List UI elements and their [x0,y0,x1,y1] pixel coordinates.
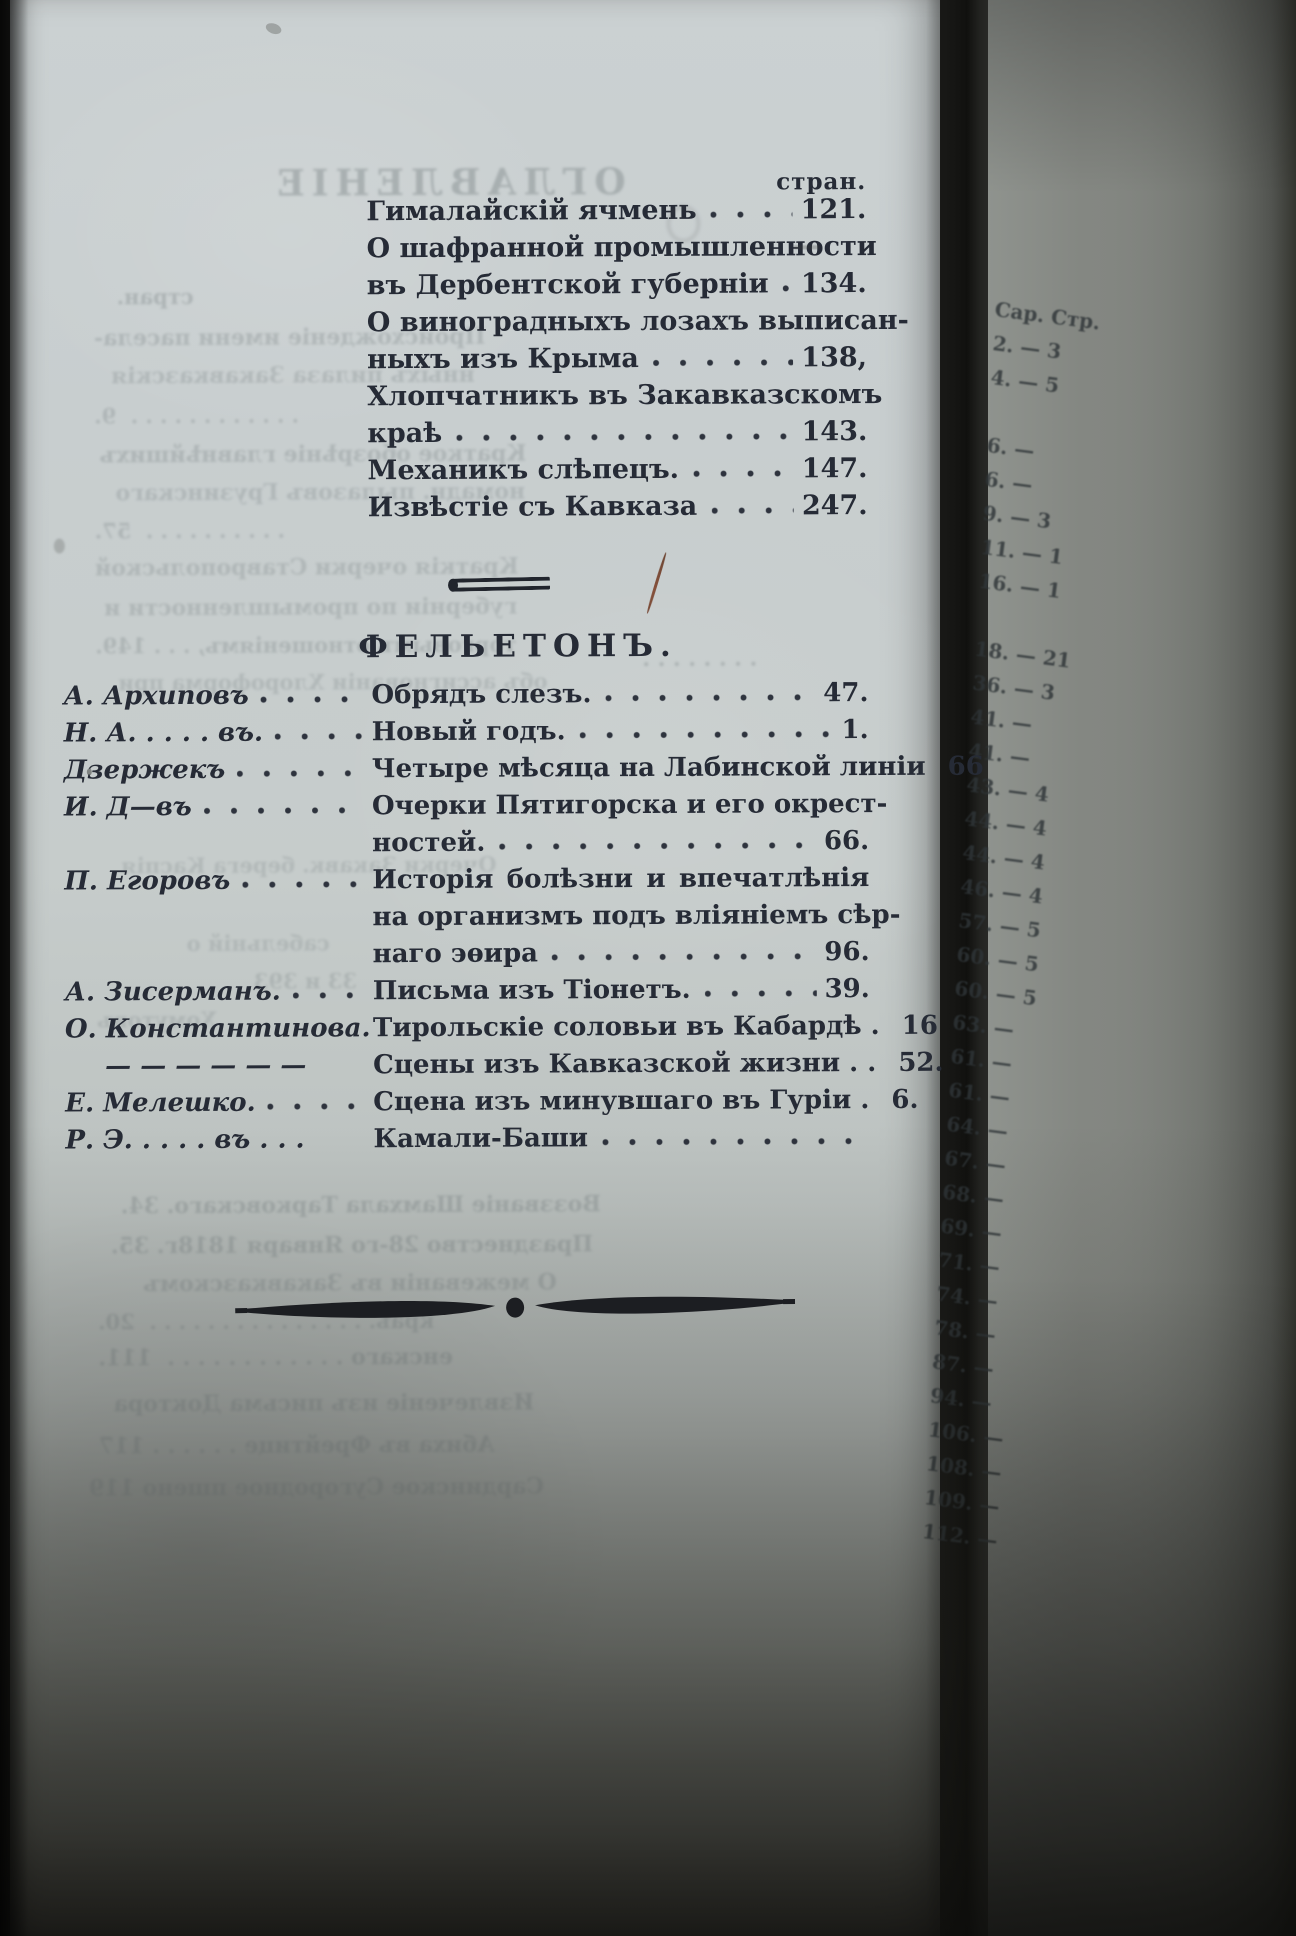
dot-leader [242,880,366,890]
toc-line: Четыре мѣсяца на Лабинской линіи66 [372,754,869,782]
page-number: 134. [801,270,867,297]
title-cell: Исторія болѣзни и впечатлѣніяна организм… [372,865,869,978]
feuilleton-row: П. ЕгоровъИсторія болѣзни и впечатлѣніян… [64,865,869,980]
toc-entry-text: Камали-Баши [373,1125,588,1152]
author-name: Н. А. . . . . въ. [64,720,264,747]
toc-entry-text: О виноградныхъ лозахъ выписан- [367,307,909,336]
stain-ring [666,205,700,243]
dot-leader [268,1102,368,1111]
dot-leader [261,695,366,704]
toc-entry-text: Исторія болѣзни и впечатлѣнія [372,865,869,893]
stain-speck [264,21,282,36]
toc-line: краѣ143. [367,418,867,447]
page-content: ОГЛАВЛЕНІЕстран.Происхожденіе имени пасе… [0,0,1296,1936]
ghost-text: . . . . . . . . . . . . 9. [94,404,299,428]
toc-entry-text: Сцены изъ Кавказской жизни . . [373,1050,876,1078]
toc-line: О виноградныхъ лозахъ выписан- [367,307,867,336]
toc-entry-text: Хлопчатникъ въ Закавказскомъ [367,381,882,410]
ghost-text: Краткія очерки Ставропольской [95,555,519,581]
section-title: ФЕЛЬЕТОНЪ. [358,628,678,665]
ghost-text: енскаго . . . . . . . . . . . . 111. [98,1345,453,1371]
dot-leader [552,952,816,962]
page-number: 16 [902,1013,938,1039]
title-cell: Камали-Баши [373,1124,870,1163]
dot-leader [783,284,793,293]
ornament-divider [235,1287,796,1336]
dot-leader [653,358,793,368]
author-cell: А. Зисерманъ. [65,978,373,1005]
toc-line: О шафранной промышленности [366,233,866,262]
toc-entry-text: ныхъ изъ Крыма [367,345,639,373]
toc-entry-text: Сцена изъ минувшаго въ Гуріи . [373,1087,869,1115]
toc-entry-text: Гималайскій ячмень [366,197,696,225]
author-cell: Р. Э. . . . . въ . . . [65,1126,373,1153]
feuilleton-row: Н. А. . . . . въ.Новый годъ.1. [64,717,869,758]
author-name: А. Архиповъ [63,683,248,710]
stain-speck [794,245,820,249]
page-number: 247. [802,492,868,519]
toc-line: Камали-Баши [373,1124,870,1152]
ghost-text: . . . . . . . . . . 57. [95,519,285,543]
feuilleton-row: И. Д—въОчерки Пятигорска и его окрест-но… [64,791,869,869]
toc-entry-text: Извѣстіе съ Кавказа [368,493,698,521]
title-cell: Новый годъ.1. [372,717,869,756]
dot-leader [605,693,815,703]
feuilleton-row: О. Константинова.Тирольскіе соловьи въ К… [65,1013,870,1054]
author-cell: — — — — — — [65,1052,373,1079]
page-number: 66. [824,828,869,854]
dot-leader [237,769,366,779]
toc-entry-text: наго эѳира [373,940,538,967]
dot-leader [705,989,817,998]
toc-entry-text: Письма изъ Тіонетъ. [373,977,691,1004]
toc-line: Письма изъ Тіонетъ.39. [373,976,870,1004]
toc-line: Механикъ слѣпецъ.147. [367,455,867,484]
toc-line: наго эѳира96. [373,939,870,967]
author-name: Р. Э. . . . . въ . . . [65,1127,304,1154]
page-number: 143. [802,418,868,445]
toc-line: Извѣстіе съ Кавказа247. [368,492,868,521]
author-cell: О. Константинова. [65,1015,373,1042]
toc-line: Новый годъ.1. [372,717,869,745]
author-name: П. Егоровъ [64,868,230,895]
toc-line: ныхъ изъ Крыма138, [367,344,867,373]
dot-leader [693,469,794,478]
toc-line: Исторія болѣзни и впечатлѣнія [372,865,869,893]
title-cell: Обрядъ слезъ.47. [371,680,868,719]
title-cell: Письма изъ Тіонетъ.39. [373,976,870,1015]
stain-speck [87,768,92,775]
toc-entry-text: краѣ [367,420,442,447]
author-name: Е. Мелешко. [65,1090,255,1117]
page-number: 147. [802,455,868,482]
ghost-text: Абиха въ Фрейтице . . . . . . 117 [99,1433,495,1459]
feuilleton-row: Р. Э. . . . . въ . . .Камали-Баши [65,1124,870,1165]
title-cell: Сцена изъ минувшаго въ Гуріи .6. [373,1087,870,1126]
ghost-text: стран. [117,285,194,308]
page-number: 39. [824,976,869,1002]
title-cell: Четыре мѣсяца на Лабинской линіи66 [372,754,869,793]
feuilleton-row: ДзержекъЧетыре мѣсяца на Лабинской линіи… [64,754,869,795]
dot-leader [711,210,793,219]
page-number: 47. [823,680,868,706]
author-cell: А. Архиповъ [63,682,371,709]
author-cell: Н. А. . . . . въ. [64,719,372,746]
title-cell: Тирольскіе соловьи въ Кабардѣ .16 [373,1013,870,1052]
stain-speck [54,539,65,554]
book-scan-photo: Сар. Стр.2. — 34. — 5 6. —6. —9. — 311. … [0,0,1296,1936]
toc-entry-text: въ Дербентской губерніи [367,270,769,299]
title-cell: Сцены изъ Кавказской жизни . .52. [373,1050,870,1089]
page-column-header: стран. [738,168,866,196]
author-cell: И. Д—въ [64,793,372,820]
title-cell: Очерки Пятигорска и его окрест-ностей.66… [372,791,869,867]
toc-entry-text: Четыре мѣсяца на Лабинской линіи [372,754,926,782]
ghost-text: Извлеченіе изъ письма Доктора [114,1391,535,1417]
dot-leader [456,432,793,442]
toc-entry-text: ностей. [372,830,485,856]
toc-entry-text: Тирольскіе соловьи въ Кабардѣ . [373,1013,880,1041]
toc-line: Тирольскіе соловьи въ Кабардѣ .16 [373,1013,870,1041]
toc-entry-text: Новый годъ. [372,718,566,745]
dot-leader [711,506,794,515]
author-cell: П. Егоровъ [64,867,372,894]
hair-artifact [646,552,667,614]
feuilleton-row: А. Зисерманъ.Письма изъ Тіонетъ.39. [65,976,870,1017]
section-divider-rule [452,577,550,592]
page-number: 1. [841,717,868,743]
page-number: 96. [824,939,869,965]
toc-line: Сцены изъ Кавказской жизни . .52. [373,1050,870,1078]
author-cell: Е. Мелешко. [65,1089,373,1116]
ghost-text: Воззваніе Шамхала Тарковскаго. 34. [121,1192,601,1218]
dot-leader [602,1137,862,1147]
toc-line: Гималайскій ячмень121. [366,196,866,225]
page-number: 121. [801,196,867,223]
page-number: 138, [801,344,867,371]
page-number: 66 [948,754,984,780]
feuilleton-row: — — — — — —Сцены изъ Кавказской жизни . … [65,1050,870,1091]
toc-line: на организмъ подъ вліяніемъ сѣр- [372,902,869,930]
page-number: 52. [898,1050,943,1076]
author-name: А. Зисерманъ. [65,979,281,1006]
ghost-text: Сардинское Сугородное пшено 119 [89,1474,544,1500]
toc-entry-text: Очерки Пятигорска и его окрест- [372,791,888,819]
ghost-text: Празднество 28-го Января 1818г. 35. [111,1232,593,1258]
toc-entry-text: на организмъ подъ вліяніемъ сѣр- [372,902,900,930]
toc-line: Обрядъ слезъ.47. [371,680,868,708]
ghost-text: губерніи по промышленности и [104,595,517,621]
toc-line: въ Дербентской губерніи134. [367,270,867,299]
feuilleton-row: А. АрхиповъОбрядъ слезъ.47. [63,680,868,721]
author-name: И. Д—въ [64,794,192,821]
dot-leader [293,991,367,1000]
author-name: О. Константинова. [65,1015,371,1042]
toc-line: ностей.66. [372,828,869,856]
author-name: — — — — — — [105,1052,306,1079]
toc-line: Сцена изъ минувшаго въ Гуріи .6. [373,1087,870,1115]
feuilleton-section: А. АрхиповъОбрядъ слезъ.47.Н. А. . . . .… [63,680,870,1165]
toc-entry-text: Обрядъ слезъ. [371,681,591,708]
toc-line: Хлопчатникъ въ Закавказскомъ [367,381,867,410]
toc-line: Очерки Пятигорска и его окрест- [372,791,869,819]
toc-entry-text: Механикъ слѣпецъ. [367,456,679,484]
feuilleton-row: Е. Мелешко.Сцена изъ минувшаго въ Гуріи … [65,1087,870,1128]
dot-leader [275,732,366,741]
page-number: 6. [891,1087,918,1113]
author-cell: Дзержекъ [64,756,372,783]
dot-leader [499,841,816,851]
dot-leader [580,730,834,740]
dot-leader [204,806,366,816]
